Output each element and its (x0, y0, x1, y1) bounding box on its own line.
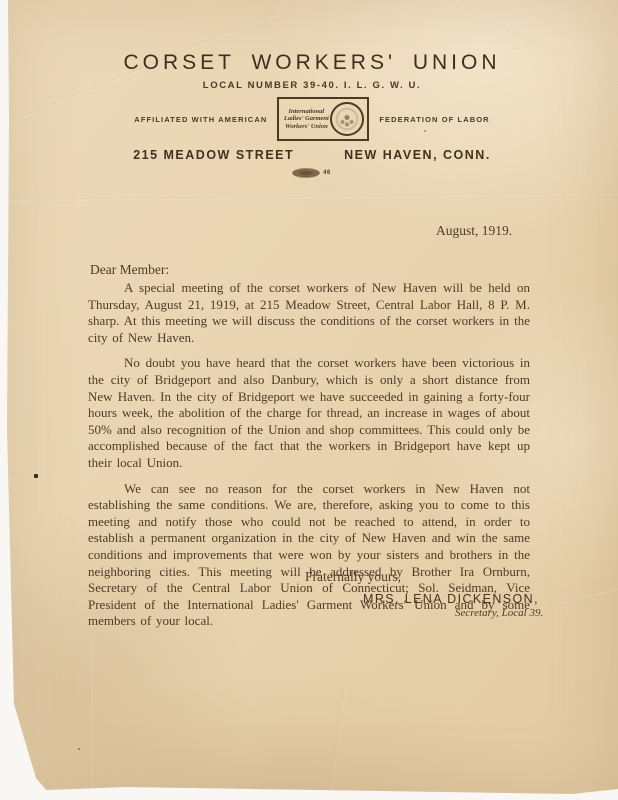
union-seal-emblem: International Ladies' Garment Workers' U… (277, 97, 369, 141)
organization-name: CORSET WORKERS' UNION (6, 51, 618, 75)
crease-line (6, 193, 618, 201)
salutation: Dear Member: (90, 262, 169, 278)
paper-speck (34, 474, 38, 478)
printers-mark-number: 46 (323, 170, 331, 176)
address-row: 215 MEADOW STREET NEW HAVEN, CONN. (6, 148, 618, 162)
affiliation-row: AFFILIATED WITH AMERICAN International L… (6, 96, 618, 142)
street-address: 215 MEADOW STREET (133, 148, 294, 162)
letter-paragraphs: A special meeting of the corset workers … (88, 280, 530, 639)
affiliation-left-label: AFFILIATED WITH AMERICAN (134, 115, 267, 124)
city-address: NEW HAVEN, CONN. (344, 148, 491, 162)
signature-title: Secretary, Local 39. (455, 607, 543, 619)
signature-name: MRS. LENA DICKENSON, (363, 592, 539, 606)
paper-speck (78, 748, 80, 750)
date-line: August, 1919. (436, 223, 512, 239)
letter-paper-sheet: CORSET WORKERS' UNION LOCAL NUMBER 39-40… (6, 0, 618, 797)
organization-subtitle: LOCAL NUMBER 39-40. I. L. G. W. U. (6, 80, 618, 91)
affiliation-right-label: FEDERATION OF LABOR (379, 115, 489, 124)
union-seal-circle-icon (330, 102, 364, 136)
union-seal-text: International Ladies' Garment Workers' U… (279, 108, 330, 131)
scanned-letter-page: { "letterhead": { "org_name": "CORSET WO… (0, 0, 618, 800)
paragraph-meeting-announcement: A special meeting of the corset workers … (88, 280, 530, 346)
crease-line (90, 640, 92, 800)
closing-line: Fraternally yours, (305, 569, 401, 585)
ornament-row: 46 (6, 169, 618, 177)
paragraph-bridgeport-victories: No doubt you have heard that the corset … (88, 355, 530, 471)
crease-line (328, 690, 345, 799)
printers-ornament-icon (293, 169, 319, 177)
